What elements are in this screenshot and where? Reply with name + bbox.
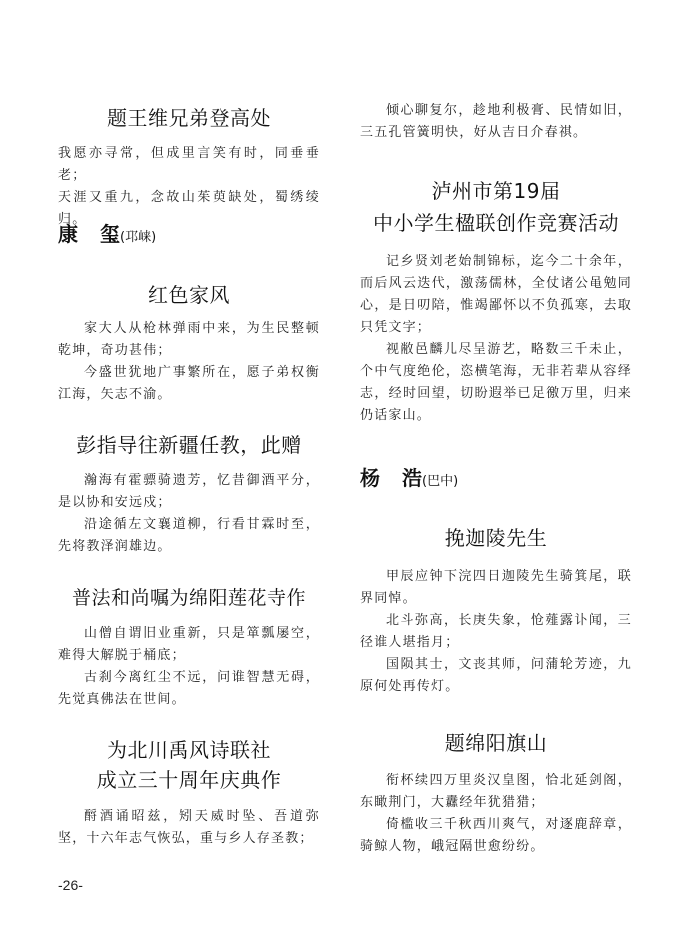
page-number: -26- xyxy=(58,877,83,893)
poem-paragraph: 倚槛收三千秋西川爽气，对逐鹿辞章，骑鲸人物，峨冠隔世愈纷纷。 xyxy=(360,814,632,858)
poem-title-line: 泸州市第19届 xyxy=(360,176,632,206)
poem-title-line: 中小学生楹联创作竞赛活动 xyxy=(360,208,632,238)
poem-body-continued: 倾心聊复尔，趁地利极膏、民情如旧，三五孔管簧明快，好从吉日介春祺。 xyxy=(360,100,632,144)
poem-paragraph: 北斗弥高，长庚失象，怆薤露讣闻，三径谁人堪指月； xyxy=(360,610,632,654)
poem-body: 山僧自谓旧业重新，只是箪瓢屡空，难得大解脱于桶底； 古刹今离红尘不远，问谁智慧无… xyxy=(58,623,320,711)
poem-title-line: 为北川禹风诗联社 xyxy=(58,735,320,765)
poem-paragraph: 酹酒诵昭兹，矧天威时坠、吾道弥坚，十六年志气恢弘，重与乡人存圣教； xyxy=(58,806,320,850)
poem-paragraph: 倾心聊复尔，趁地利极膏、民情如旧，三五孔管簧明快，好从吉日介春祺。 xyxy=(360,100,632,144)
poem-body: 酹酒诵昭兹，矧天威时坠、吾道弥坚，十六年志气恢弘，重与乡人存圣教； xyxy=(58,806,320,850)
poem-line: 我愿亦寻常，但成里言笑有时，同垂垂老； xyxy=(58,143,320,187)
author-surname: 杨 xyxy=(360,466,380,490)
poem-title: 普法和尚嘱为绵阳莲花寺作 xyxy=(58,583,320,613)
poem-body: 瀚海有霍骠骑遗芳，忆昔御酒平分，是以协和安远戍； 沿途循左文襄道柳，行看甘霖时至… xyxy=(58,470,320,558)
poem-paragraph: 甲辰应钟下浣四日迦陵先生骑箕尾，联界同悼。 xyxy=(360,566,632,610)
poem-paragraph: 沿途循左文襄道柳，行看甘霖时至，先将教泽润雄边。 xyxy=(58,514,320,558)
author-surname: 康 xyxy=(58,222,78,246)
poem-body: 家大人从枪林弹雨中来，为生民整顿乾坤，奇功甚伟； 今盛世犹地广事繁所在，愿子弟权… xyxy=(58,318,320,406)
poem-body: 甲辰应钟下浣四日迦陵先生骑箕尾，联界同悼。 北斗弥高，长庚失象，怆薤露讣闻，三径… xyxy=(360,566,632,698)
poem-title: 题绵阳旗山 xyxy=(360,728,632,758)
poem-title: 彭指导往新疆任教，此赠 xyxy=(58,430,320,460)
poem-paragraph: 瀚海有霍骠骑遗芳，忆昔御酒平分，是以协和安远戍； xyxy=(58,470,320,514)
poem-paragraph: 家大人从枪林弹雨中来，为生民整顿乾坤，奇功甚伟； xyxy=(58,318,320,362)
poem-body: 衔杯续四万里炎汉皇图，恰北延剑阁，东瞰荆门，大纛经年犹猎猎； 倚槛收三千秋西川爽… xyxy=(360,770,632,858)
author-region: (巴中) xyxy=(422,474,458,489)
poem-paragraph: 视敝邑麟儿尽呈游艺，略数三千未止，个中气度绝伦，恣横笔海，无非若辈从容绎志，经时… xyxy=(360,339,632,427)
poem-paragraph: 今盛世犹地广事繁所在，愿子弟权衡江海，矢志不渝。 xyxy=(58,362,320,406)
poem-title-line: 成立三十周年庆典作 xyxy=(58,765,320,795)
poem-paragraph: 记乡贤刘老始制锦标，迄今二十余年，而后风云迭代，激荡儒林，全仗诸公黾勉同心，是日… xyxy=(360,251,632,339)
author-region: (邛崃) xyxy=(120,230,156,245)
poem-paragraph: 衔杯续四万里炎汉皇图，恰北延剑阁，东瞰荆门，大纛经年犹猎猎； xyxy=(360,770,632,814)
poem-paragraph: 山僧自谓旧业重新，只是箪瓢屡空，难得大解脱于桶底； xyxy=(58,623,320,667)
poem-body: 记乡贤刘老始制锦标，迄今二十余年，而后风云迭代，激荡儒林，全仗诸公黾勉同心，是日… xyxy=(360,251,632,427)
poem-title: 红色家风 xyxy=(58,280,320,310)
poem-body: 我愿亦寻常，但成里言笑有时，同垂垂老； 天涯又重九，念故山茱萸缺处，蜀绣绫归。 xyxy=(58,143,320,231)
author-given-name: 玺 xyxy=(100,222,120,246)
author-heading: 康玺(邛崃) xyxy=(58,220,156,252)
poem-title: 题王维兄弟登高处 xyxy=(58,103,320,133)
author-heading: 杨浩(巴中) xyxy=(360,464,458,496)
poem-paragraph: 国陨其士，文丧其师，问蒲轮芳迹，九原何处再传灯。 xyxy=(360,654,632,698)
poem-title: 挽迦陵先生 xyxy=(360,523,632,553)
poem-paragraph: 古刹今离红尘不远，问谁智慧无碍，先觉真佛法在世间。 xyxy=(58,667,320,711)
author-given-name: 浩 xyxy=(402,466,422,490)
